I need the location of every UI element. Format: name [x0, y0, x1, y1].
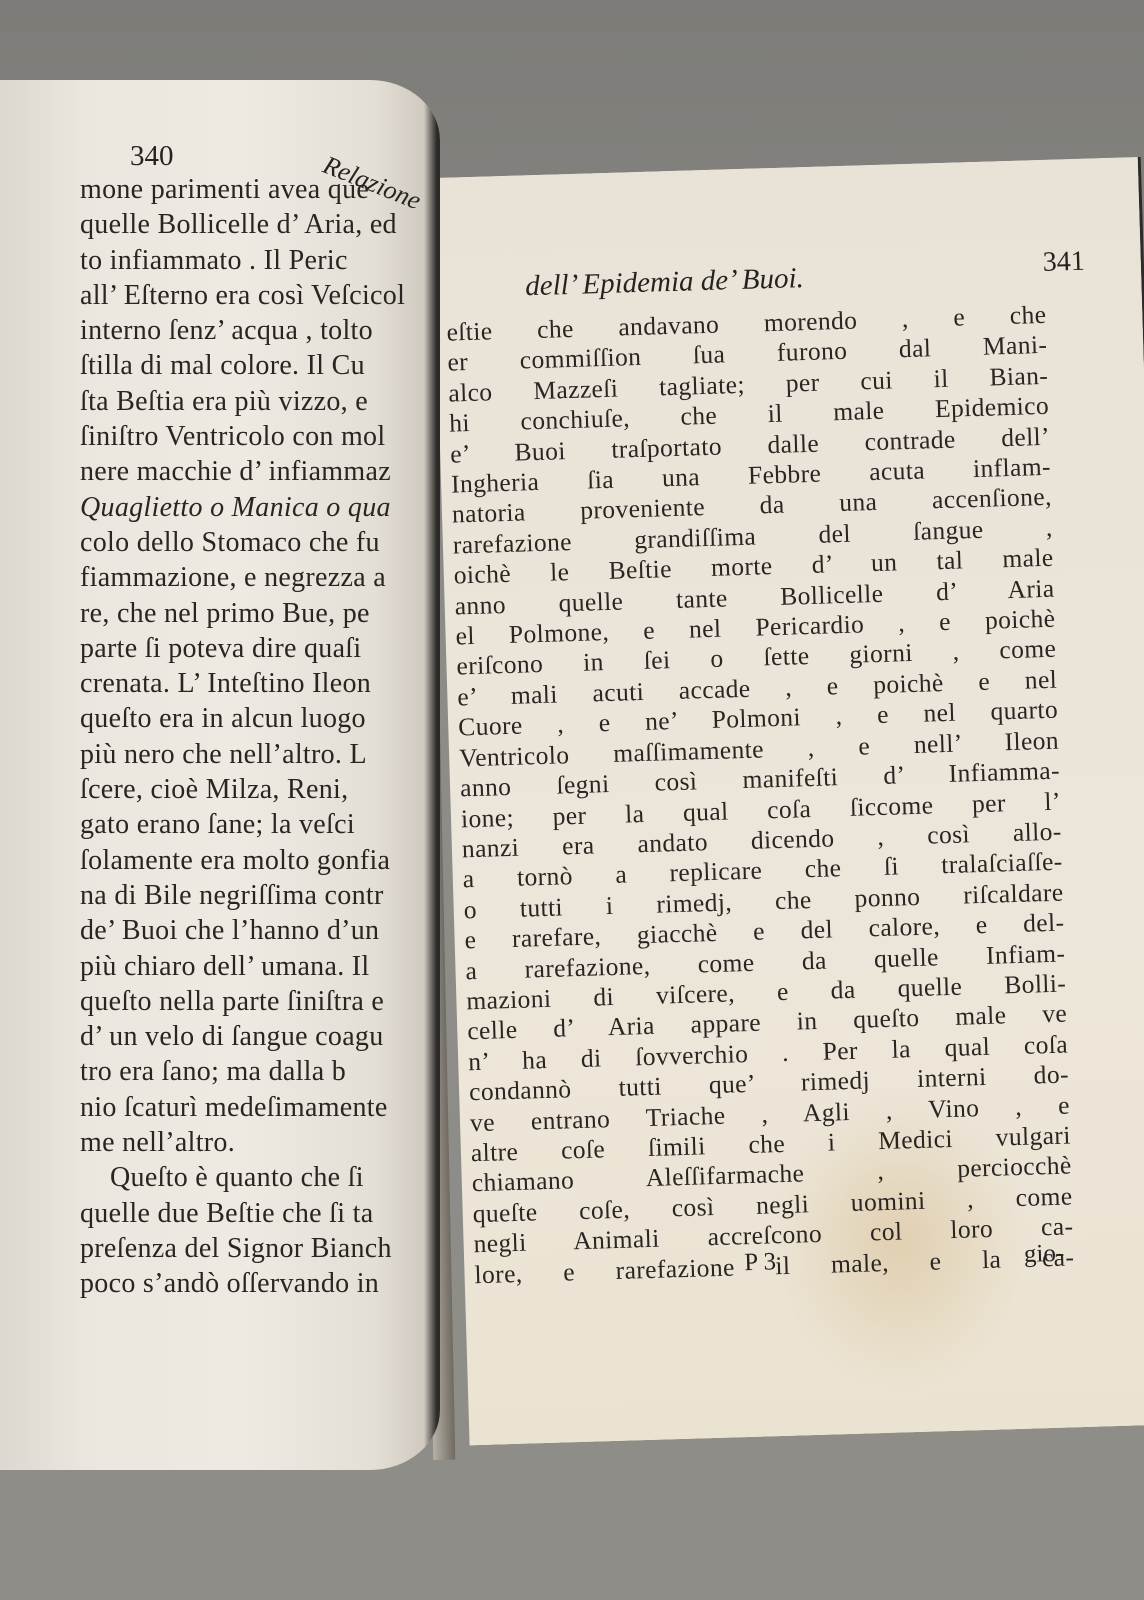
- text-line: ſta Beſtia era più vizzo, e: [80, 384, 440, 419]
- text-line: più nero che nell’altro. L: [80, 737, 440, 772]
- text-line: to infiammato . Il Peric: [80, 243, 440, 278]
- text-line: re, che nel primo Bue, pe: [80, 596, 440, 631]
- text-line: quelle due Beſtie che ſi ta: [80, 1196, 440, 1231]
- text-line: poco s’andò oſſervando in: [80, 1266, 440, 1301]
- text-line: nere macchie d’ infiammaz: [80, 454, 440, 489]
- text-line: fiammazione, e negrezza a: [80, 560, 440, 595]
- paragraph-start-line: Queſto è quanto che ſi: [80, 1160, 440, 1195]
- signature-mark: P 3: [744, 1248, 777, 1277]
- running-title: dell’ Epidemia de’ Buoi.: [525, 262, 805, 303]
- right-page-body: eſtie che andavano morendo , e che er co…: [446, 299, 1095, 1290]
- left-page-340: 340 Relazione mone parimenti avea que qu…: [0, 80, 440, 1470]
- text-line: ſtilla di mal colore. Il Cu: [80, 348, 440, 383]
- text-line: all’ Eſterno era così Veſcicol: [80, 278, 440, 313]
- page-number: 341: [1042, 246, 1085, 279]
- text-line: queſto nella parte ſiniſtra e: [80, 984, 440, 1019]
- text-line-italic: Quaglietto o Manica o qua: [80, 490, 440, 525]
- text-line: gato erano ſane; la veſci: [80, 807, 440, 842]
- left-page-body: mone parimenti avea que quelle Bollicell…: [80, 172, 440, 1302]
- text-line: d’ un velo di ſangue coagu: [80, 1019, 440, 1054]
- text-line: mone parimenti avea que: [80, 172, 440, 207]
- text-line: nio ſcaturì medeſimamente: [80, 1090, 440, 1125]
- text-line: preſenza del Signor Bianch: [80, 1231, 440, 1266]
- text-line: ſiniſtro Ventricolo con mol: [80, 419, 440, 454]
- text-line: colo dello Stomaco che fu: [80, 525, 440, 560]
- catchword: gio-: [1024, 1240, 1065, 1269]
- text-line: interno ſenz’ acqua , tolto: [80, 313, 440, 348]
- text-line: queſto era in alcun luogo: [80, 701, 440, 736]
- text-line: parte ſi poteva dire quaſi: [80, 631, 440, 666]
- text-line: crenata. L’ Inteſtino Ileon: [80, 666, 440, 701]
- text-line: più chiaro dell’ umana. Il: [80, 949, 440, 984]
- right-page-341: dell’ Epidemia de’ Buoi. 341 eſtie che a…: [432, 157, 1144, 1445]
- text-line: me nell’altro.: [80, 1125, 440, 1160]
- text-line: tro era ſano; ma dalla b: [80, 1054, 440, 1089]
- text-line: quelle Bollicelle d’ Aria, ed: [80, 207, 440, 242]
- text-line: na di Bile negriſſima contr: [80, 878, 440, 913]
- text-line: ſolamente era molto gonfia: [80, 843, 440, 878]
- text-line: ſcere, cioè Milza, Reni,: [80, 772, 440, 807]
- page-number: 340: [130, 140, 174, 173]
- text-line: de’ Buoi che l’hanno d’un: [80, 913, 440, 948]
